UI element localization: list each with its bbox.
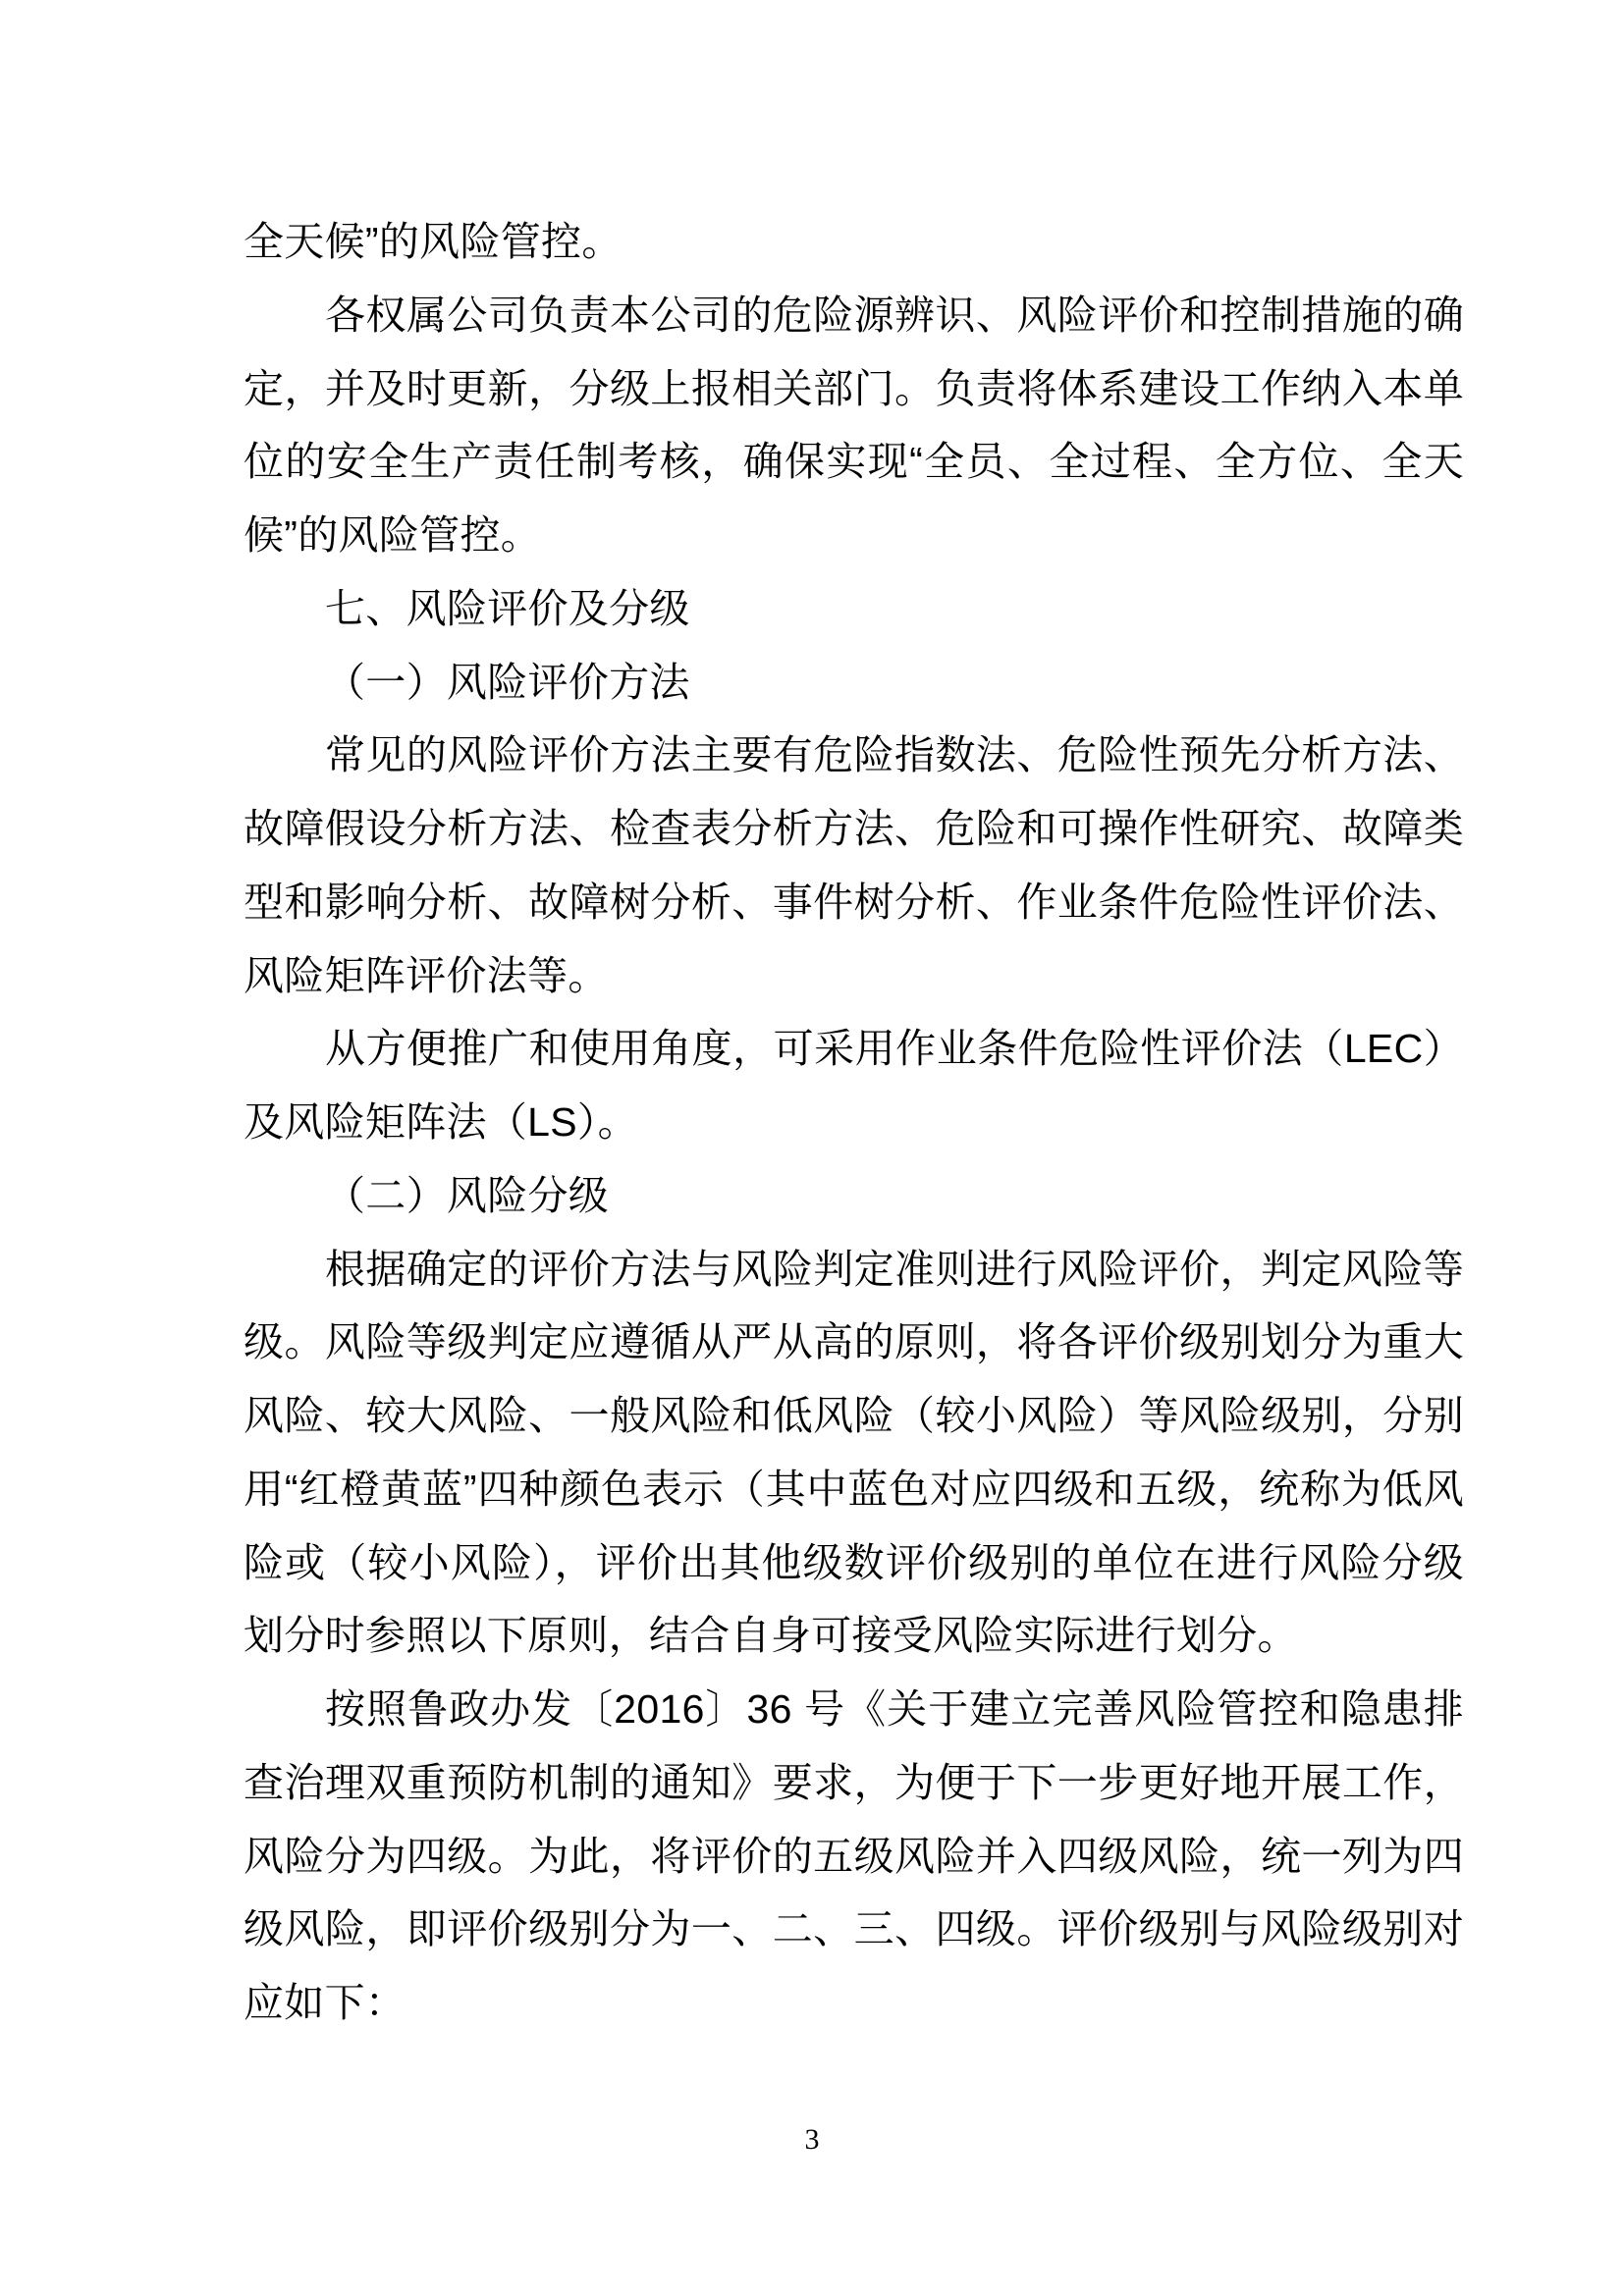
text-line: 全天候”的风险管控。 <box>244 205 1464 279</box>
subsection-heading-1: （一）风险评价方法 <box>244 646 1464 720</box>
text-line: 根据确定的评价方法与风险判定准则进行风险评价，判定风险等 <box>244 1233 1464 1307</box>
text-line: 级。风险等级判定应遵循从严从高的原则，将各评价级别划分为重大 <box>244 1306 1464 1379</box>
page-number: 3 <box>0 2122 1624 2158</box>
text-line: 位的安全生产责任制考核，确保实现“全员、全过程、全方位、全天 <box>244 425 1464 499</box>
text-line: 风险矩阵评价法等。 <box>244 939 1464 1013</box>
document-page: 全天候”的风险管控。 各权属公司负责本公司的危险源辨识、风险评价和控制措施的确 … <box>0 0 1624 2296</box>
text-line: 划分时参照以下原则，结合自身可接受风险实际进行划分。 <box>244 1599 1464 1673</box>
text-line: 按照鲁政办发〔2016〕36 号《关于建立完善风险管控和隐患排 <box>244 1673 1464 1746</box>
subsection-heading-2: （二）风险分级 <box>244 1159 1464 1233</box>
text-line: 风险、较大风险、一般风险和低风险（较小风险）等风险级别，分别 <box>244 1379 1464 1453</box>
text-line: 应如下： <box>244 1966 1464 2040</box>
text-line: 故障假设分析方法、检查表分析方法、危险和可操作性研究、故障类 <box>244 792 1464 866</box>
section-heading-7: 七、风险评价及分级 <box>244 572 1464 646</box>
text-line: 定，并及时更新，分级上报相关部门。负责将体系建设工作纳入本单 <box>244 352 1464 426</box>
page-body-text: 全天候”的风险管控。 各权属公司负责本公司的危险源辨识、风险评价和控制措施的确 … <box>244 205 1464 2040</box>
text-line: 型和影响分析、故障树分析、事件树分析、作业条件危险性评价法、 <box>244 866 1464 939</box>
text-line: 用“红橙黄蓝”四种颜色表示（其中蓝色对应四级和五级，统称为低风 <box>244 1453 1464 1526</box>
text-line: 候”的风险管控。 <box>244 499 1464 572</box>
text-line: 级风险，即评价级别分为一、二、三、四级。评价级别与风险级别对 <box>244 1893 1464 1966</box>
text-line: 及风险矩阵法（LS）。 <box>244 1086 1464 1159</box>
text-line: 查治理双重预防机制的通知》要求，为便于下一步更好地开展工作， <box>244 1746 1464 1820</box>
text-line: 险或（较小风险），评价出其他级数评价级别的单位在进行风险分级 <box>244 1526 1464 1600</box>
text-line: 各权属公司负责本公司的危险源辨识、风险评价和控制措施的确 <box>244 279 1464 352</box>
text-line: 风险分为四级。为此，将评价的五级风险并入四级风险，统一列为四 <box>244 1820 1464 1894</box>
text-line: 常见的风险评价方法主要有危险指数法、危险性预先分析方法、 <box>244 719 1464 792</box>
text-line: 从方便推广和使用角度，可采用作业条件危险性评价法（LEC） <box>244 1012 1464 1086</box>
